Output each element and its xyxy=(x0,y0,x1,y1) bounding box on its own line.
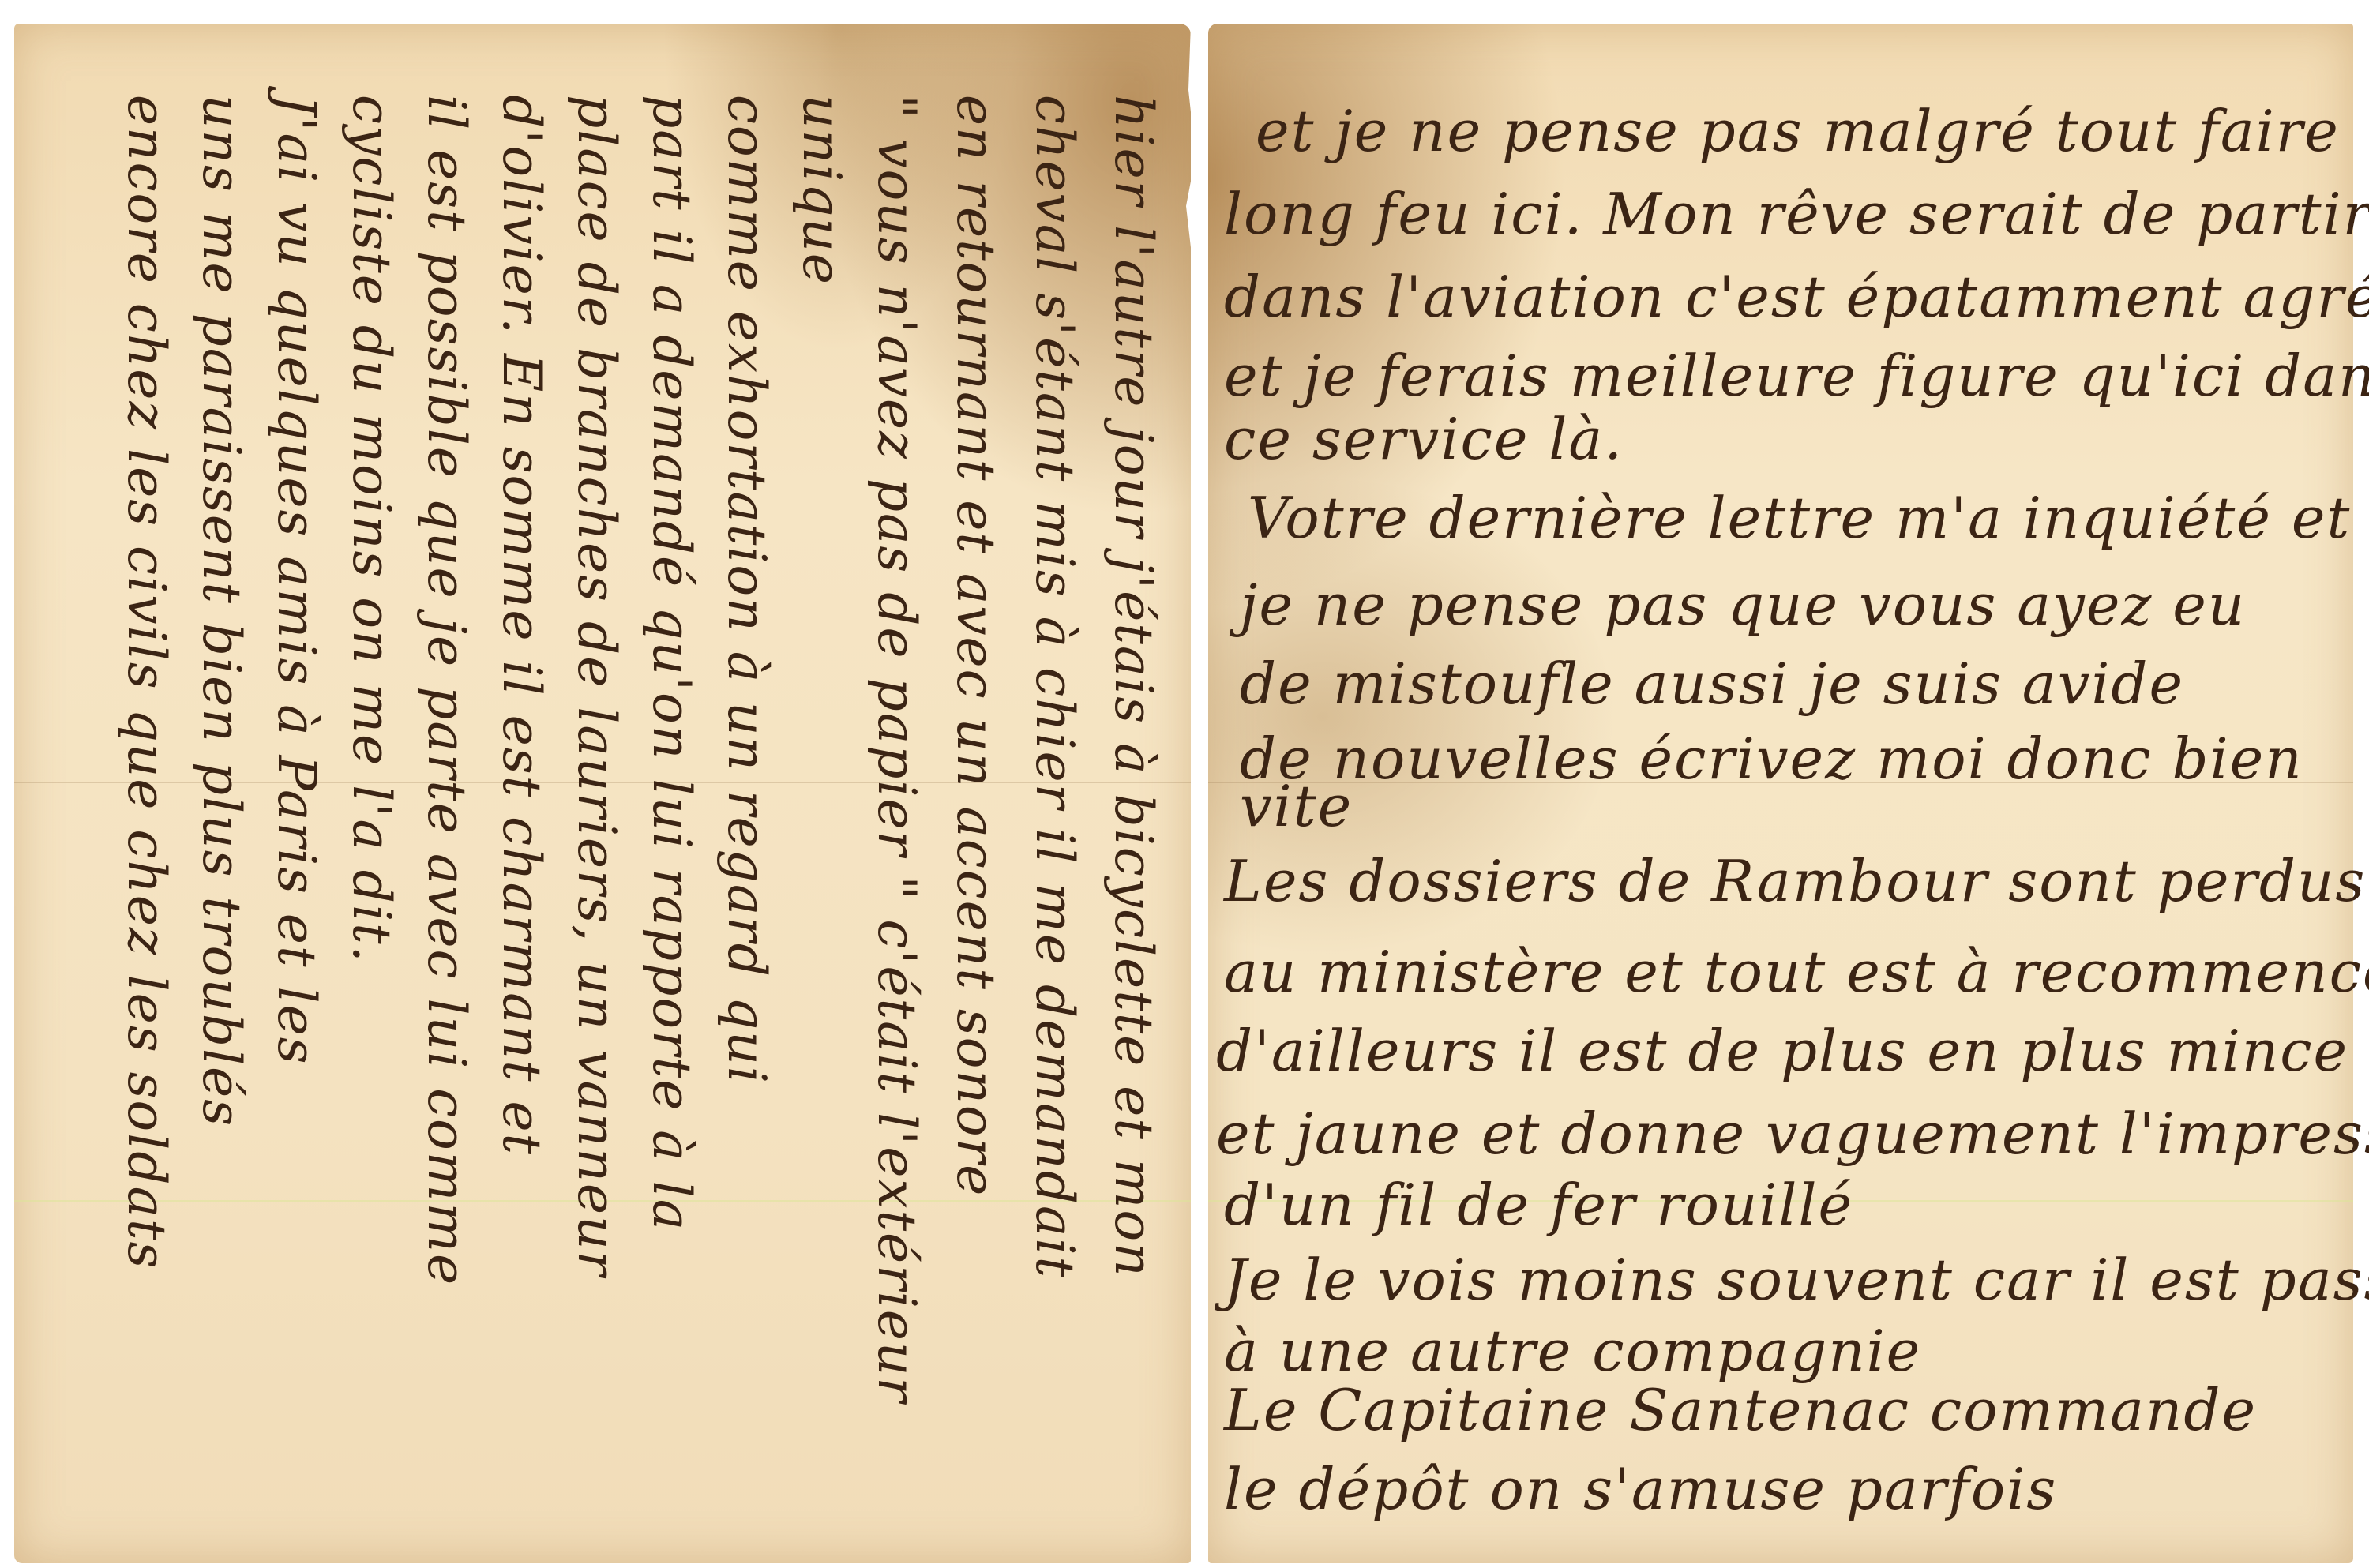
handwritten-line: le dépôt on s'amuse parfois xyxy=(1224,1461,2057,1517)
handwritten-line: Les dossiers de Rambour sont perdus xyxy=(1224,853,2366,910)
handwritten-line: il est possible que je parte avec lui co… xyxy=(420,95,472,1286)
handwritten-line: Le Capitaine Santenac commande xyxy=(1224,1382,2257,1439)
handwritten-line: de mistoufle aussi je suis avide xyxy=(1240,655,2184,712)
handwritten-line: et jaune et donne vaguement l'impression xyxy=(1216,1105,2369,1162)
handwritten-line: comme exhortation à un regard qui xyxy=(720,95,772,1085)
right-page-text: et je ne pense pas malgré tout faire lon… xyxy=(1208,24,2353,1563)
handwritten-line: " vous n'avez pas de papier " c'était l'… xyxy=(870,95,922,1404)
handwritten-line: long feu ici. Mon rêve serait de partir xyxy=(1224,186,2369,242)
handwritten-line: cycliste du moins on me l'a dit. xyxy=(345,95,397,964)
handwritten-line: à une autre compagnie xyxy=(1224,1322,1921,1379)
letter-left-page: hier l'autre jour j'étais à bicyclette e… xyxy=(14,24,1191,1563)
handwritten-line: encore chez les civils que chez les sold… xyxy=(120,95,172,1270)
handwritten-line: Je le vois moins souvent car il est pass… xyxy=(1224,1251,2369,1308)
handwritten-line: je ne pense pas que vous ayez eu xyxy=(1240,576,2246,633)
handwritten-line: et je ne pense pas malgré tout faire xyxy=(1256,103,2340,159)
handwritten-line: d'olivier. En somme il est charmant et xyxy=(495,95,547,1156)
handwritten-line: dans l'aviation c'est épatamment agréabl… xyxy=(1224,268,2369,325)
handwritten-line: ce service là. xyxy=(1224,411,1624,467)
handwritten-line: place de branches de lauriers, un vanneu… xyxy=(570,95,622,1277)
handwritten-line: en retournant et avec un accent sonore xyxy=(949,95,1001,1197)
handwritten-line: uns me paraissent bien plus troublés xyxy=(195,95,247,1127)
letter-right-page: et je ne pense pas malgré tout faire lon… xyxy=(1208,24,2353,1563)
handwritten-line: et je ferais meilleure figure qu'ici dan… xyxy=(1224,347,2369,404)
left-page-text: hier l'autre jour j'étais à bicyclette e… xyxy=(14,24,1191,1563)
handwritten-line: cheval s'étant mis à chier il me demanda… xyxy=(1028,95,1080,1279)
handwritten-line: au ministère et tout est à recommencer xyxy=(1224,943,2369,1000)
handwritten-line: Votre dernière lettre m'a inquiété et xyxy=(1248,490,2351,546)
handwritten-line: unique xyxy=(795,95,847,286)
handwritten-line: de nouvelles écrivez moi donc bien xyxy=(1240,730,2303,787)
handwritten-line: vite xyxy=(1240,778,1353,835)
handwritten-line: J'ai vu quelques amis à Paris et les xyxy=(270,95,322,1066)
handwritten-line: d'un fil de fer rouillé xyxy=(1224,1176,1853,1233)
handwritten-line: part il a demandé qu'on lui rapporte à l… xyxy=(645,95,697,1232)
handwritten-line: d'ailleurs il est de plus en plus mince xyxy=(1216,1022,2348,1079)
handwritten-line: hier l'autre jour j'étais à bicyclette e… xyxy=(1107,95,1159,1278)
